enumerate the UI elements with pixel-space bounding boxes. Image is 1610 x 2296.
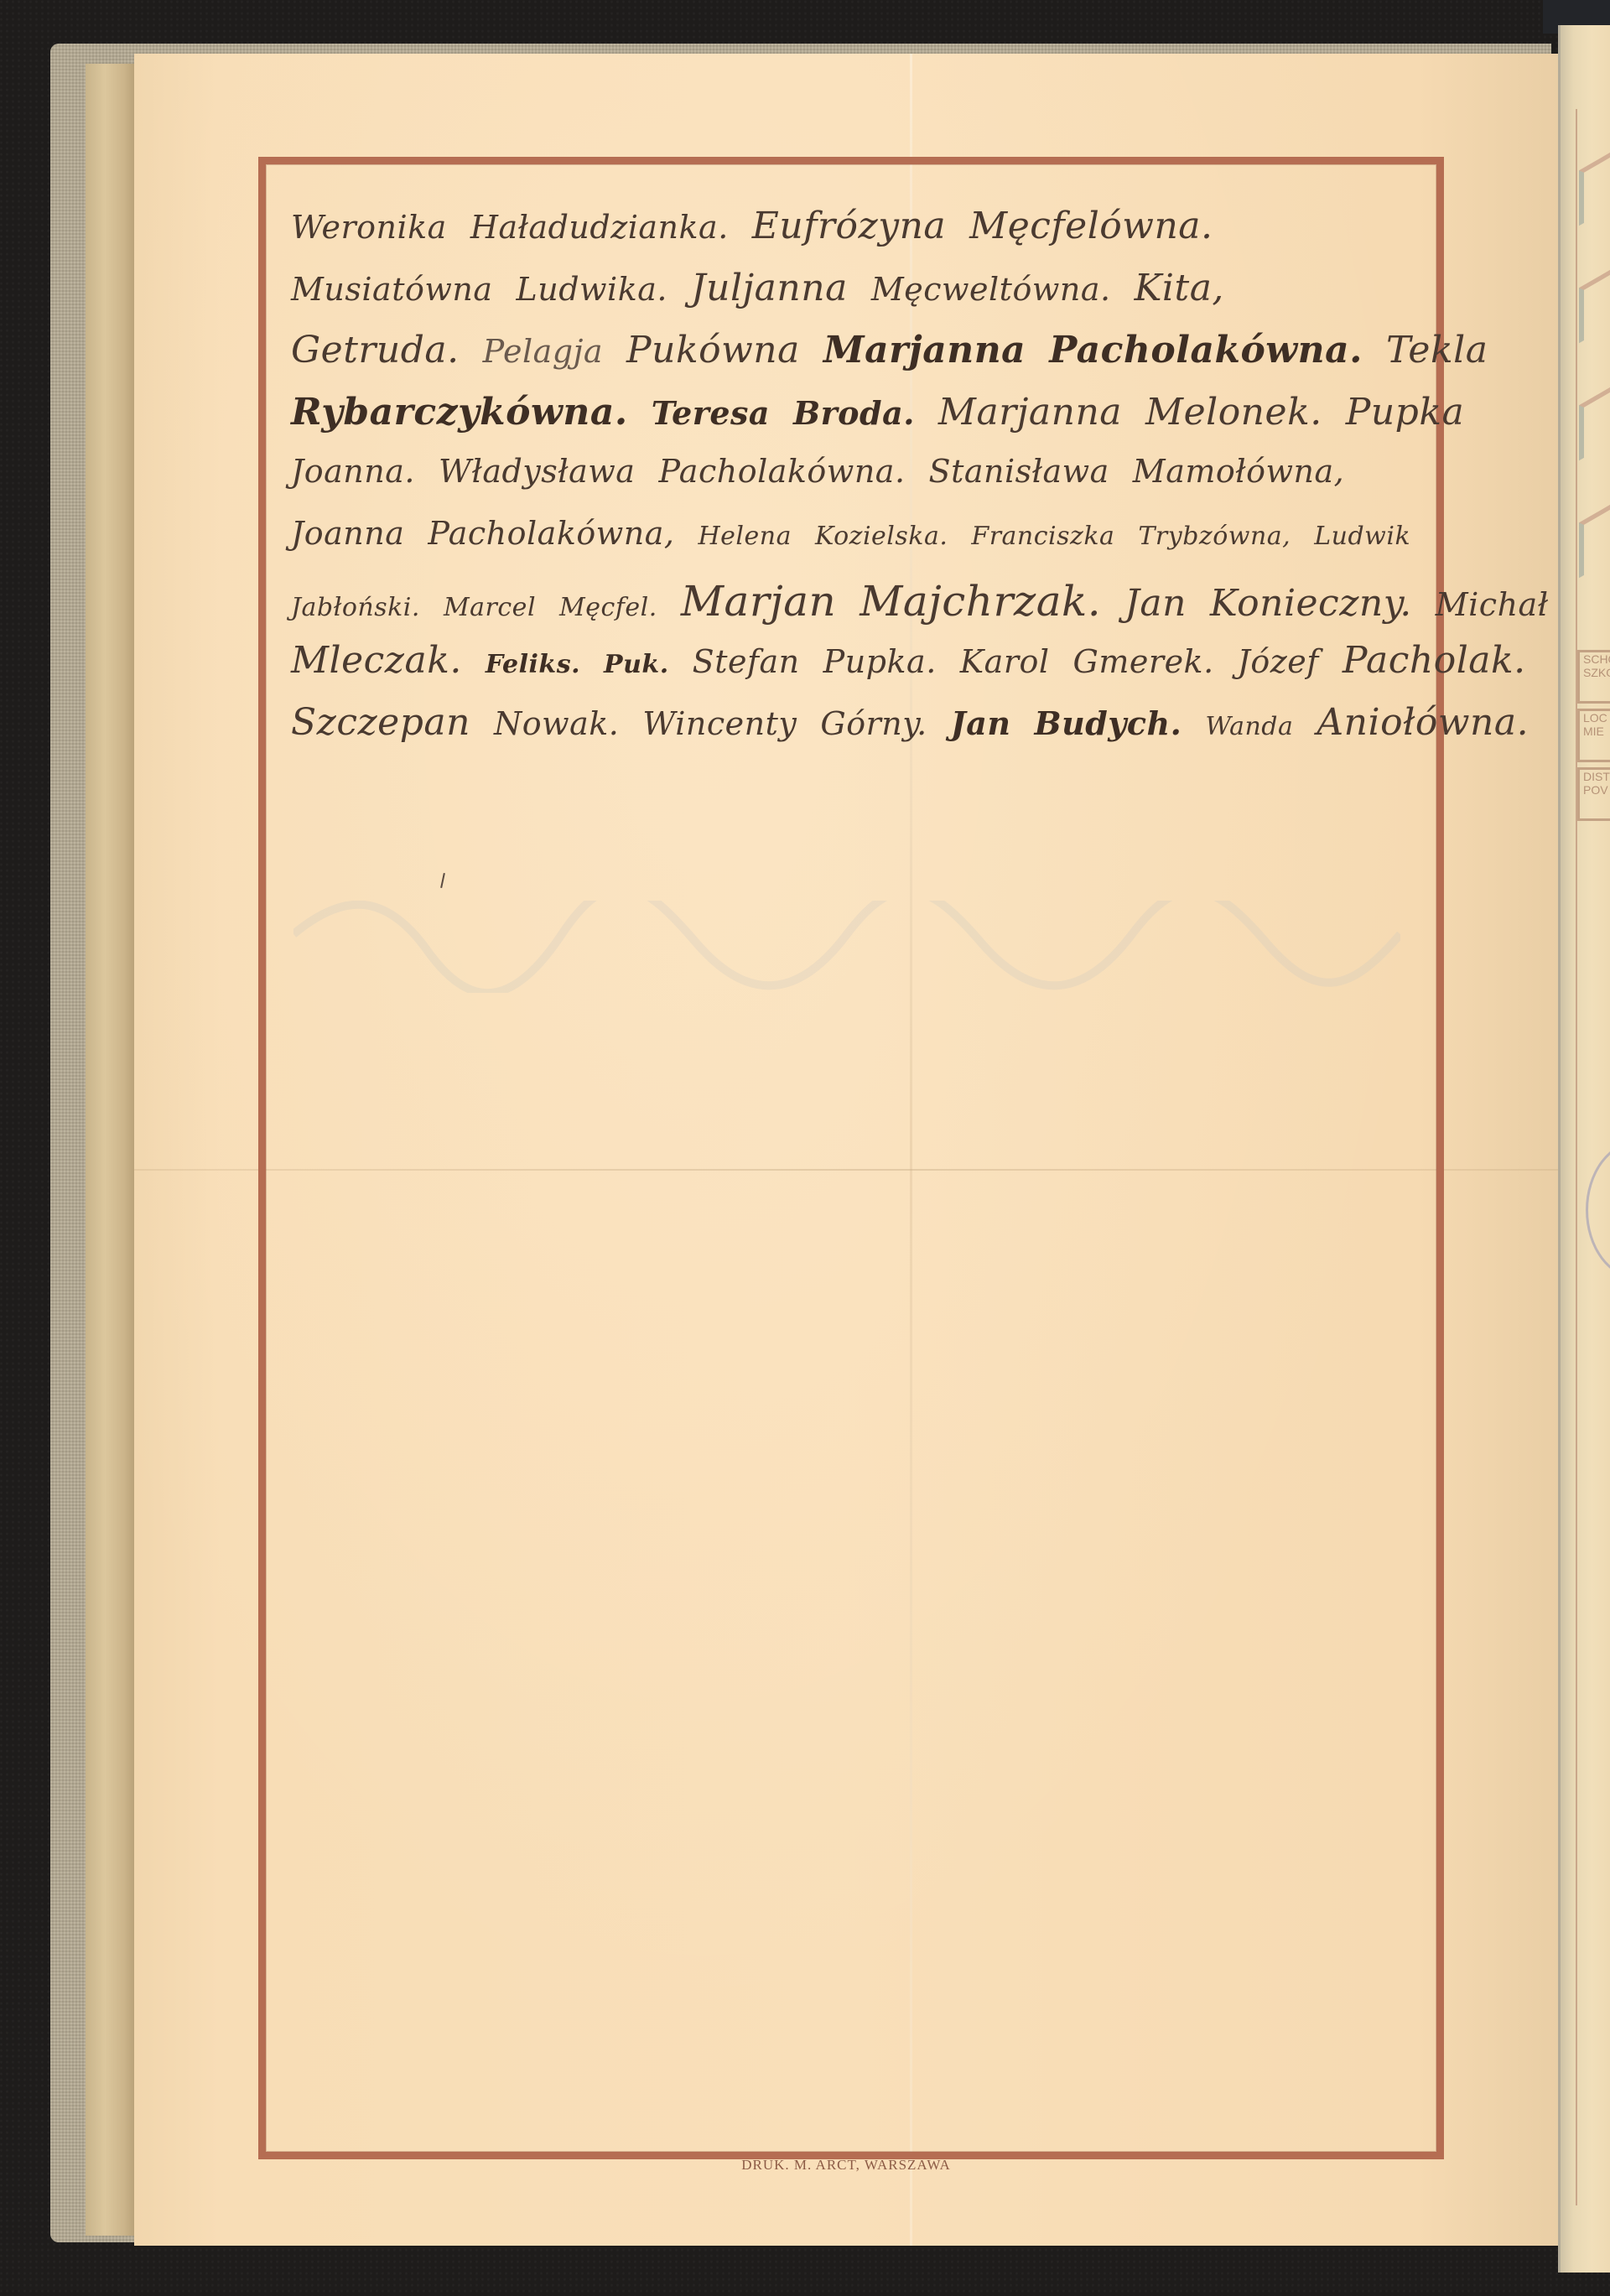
name-entry: Puk. [604, 650, 669, 679]
name-entry: Juljanna [691, 267, 848, 309]
name-entry: Męcfelówna. [969, 205, 1213, 247]
name-entry: Franciszka [971, 522, 1114, 551]
name-entry: Wincenty [642, 705, 797, 742]
handwritten-names-list: WeronikaHaładudzianka.EufrózynaMęcfelówn… [291, 205, 1411, 763]
name-entry: Helena [698, 522, 791, 551]
name-entry: Ludwika. [517, 271, 667, 308]
name-entry: Konieczny. [1210, 582, 1412, 625]
name-entry: Stanisława [929, 453, 1109, 490]
adjacent-page: SCHOSZKO LOCMIE DISTPOV [1558, 25, 1610, 2273]
handwritten-line: Jabłoński.MarcelMęcfel.MarjanMajchrzak.J… [291, 577, 1411, 639]
name-entry: Budych. [1034, 704, 1182, 742]
name-entry: Ludwik [1314, 522, 1410, 551]
name-entry: Męcfel. [559, 593, 657, 622]
name-entry: Pukówna [626, 329, 800, 371]
name-entry: Marjanna [823, 329, 1026, 371]
name-entry: Feliks. [486, 650, 580, 679]
name-entry: Władysława [439, 453, 635, 490]
name-entry: Pacholakówna. [1049, 329, 1363, 371]
handwritten-line: JoannaPacholakówna,HelenaKozielska.Franc… [291, 515, 1411, 577]
ink-mark [440, 873, 445, 888]
handwritten-line: MusiatównaLudwika.JuljannaMęcweltówna.Ki… [291, 267, 1411, 329]
name-entry: Marjanna [938, 391, 1122, 434]
name-entry: Kita, [1135, 267, 1224, 309]
name-entry: Joanna. [291, 453, 415, 490]
handwritten-line: WeronikaHaładudzianka.EufrózynaMęcfelówn… [291, 205, 1411, 267]
name-entry: Pupka [1346, 391, 1465, 434]
name-entry: Wanda [1205, 712, 1293, 741]
name-entry: Męcweltówna. [871, 271, 1111, 308]
name-entry: Haładudzianka. [470, 209, 729, 246]
printer-imprint: DRUK. M. ARCT, WARSZAWA [134, 2157, 1558, 2174]
name-entry: Michał [1436, 586, 1549, 623]
handwritten-line: SzczepanNowak.WincentyGórny.JanBudych.Wa… [291, 701, 1411, 763]
name-entry: Mleczak. [291, 639, 462, 682]
name-entry: Joanna [291, 515, 404, 552]
printed-border-frame: WeronikaHaładudzianka.EufrózynaMęcfelówn… [258, 157, 1444, 2159]
name-entry: Melonek. [1145, 391, 1322, 434]
name-entry: Kozielska. [815, 522, 948, 551]
name-entry: Pelagja [483, 333, 603, 370]
adjacent-label-box: LOCMIE [1577, 709, 1610, 762]
name-entry: Pupka. [823, 643, 937, 680]
handwritten-line: Mleczak.Feliks.Puk.StefanPupka.KarolGmer… [291, 639, 1411, 701]
name-entry: Górny. [820, 705, 927, 742]
name-entry: Nowak. [494, 705, 619, 742]
adjacent-label-box: SCHOSZKO [1577, 650, 1610, 704]
name-entry: Karol [960, 643, 1050, 680]
name-entry: Jan [951, 704, 1011, 742]
register-page: WeronikaHaładudzianka.EufrózynaMęcfelówn… [134, 54, 1558, 2246]
name-entry: Marcel [444, 593, 536, 622]
name-entry: Marjan [681, 577, 836, 626]
page-gutter [86, 64, 134, 2236]
adjacent-label-box: DISTPOV [1577, 767, 1610, 821]
name-entry: Gmerek. [1073, 643, 1214, 680]
name-entry: Rybarczykówna. [291, 391, 628, 434]
name-entry: Musiatówna [291, 271, 493, 308]
handwritten-line: Rybarczykówna.TeresaBroda.MarjannaMelone… [291, 391, 1411, 453]
name-entry: Józef [1238, 643, 1319, 680]
name-entry: Teresa [652, 394, 770, 432]
name-entry: Trybzówna, [1138, 522, 1291, 551]
name-entry: Stefan [693, 643, 800, 680]
name-entry: Aniołówna. [1317, 701, 1529, 744]
name-entry: Szczepan [291, 701, 470, 744]
name-entry: Jabłoński. [291, 593, 420, 622]
handwritten-line: Getruda.PelagjaPukównaMarjannaPacholaków… [291, 329, 1411, 391]
name-entry: Pacholakówna, [428, 515, 674, 552]
name-entry: Majchrzak. [860, 577, 1101, 626]
name-entry: Pacholak. [1343, 639, 1526, 682]
name-entry: Broda. [793, 394, 915, 432]
name-entry: Jan [1124, 582, 1187, 625]
name-entry: Getruda. [291, 329, 460, 371]
handwritten-line: Joanna.WładysławaPacholakówna.Stanisława… [291, 453, 1411, 515]
name-entry: Weronika [291, 209, 447, 246]
name-entry: Eufrózyna [752, 205, 946, 247]
name-entry: Mamołówna, [1133, 453, 1344, 490]
name-entry: Pacholakówna. [658, 453, 905, 490]
name-entry: Tekla [1386, 329, 1488, 371]
